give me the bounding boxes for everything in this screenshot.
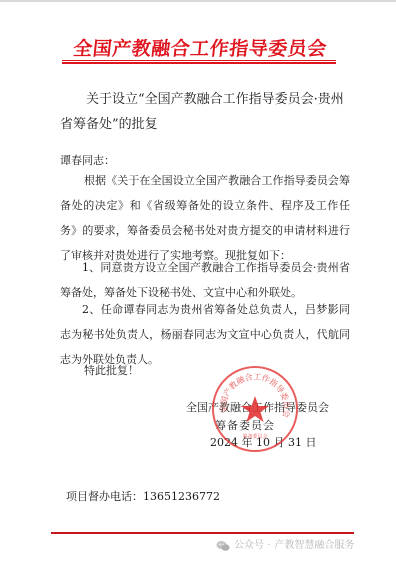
contact-line: 项目督办电话：13651236772 [66,487,220,507]
signature-date: 2024 年 10 月 31 日 [210,431,390,455]
closing-remark: 特此批复！ [84,358,374,383]
letterhead-rule-thick [62,62,336,64]
org-letterhead-title: 全国产教融合工作指导委员会 [61,38,339,60]
footer-source-name[interactable]: 产教智慧融合服务 [274,538,354,554]
top-border [0,0,396,2]
document-title: 关于设立“全国产教融合工作指导委员会·贵州省筹备处”的批复 [60,87,350,137]
footer-rule [51,532,354,534]
footer-source: 公众号 · 产教智慧融合服务 [216,538,354,554]
contact-phone: 13651236772 [143,490,220,503]
contact-label: 项目督办电话： [66,490,143,503]
body-paragraph-intro: 根据《关于在全国设立全国产教融合工作指导委员会筹备处的决定》和《省级筹备处的设立… [60,168,350,268]
wechat-icon [216,540,230,552]
letterhead-rule-thin [62,60,336,61]
footer-source-prefix: 公众号 · [234,538,270,554]
